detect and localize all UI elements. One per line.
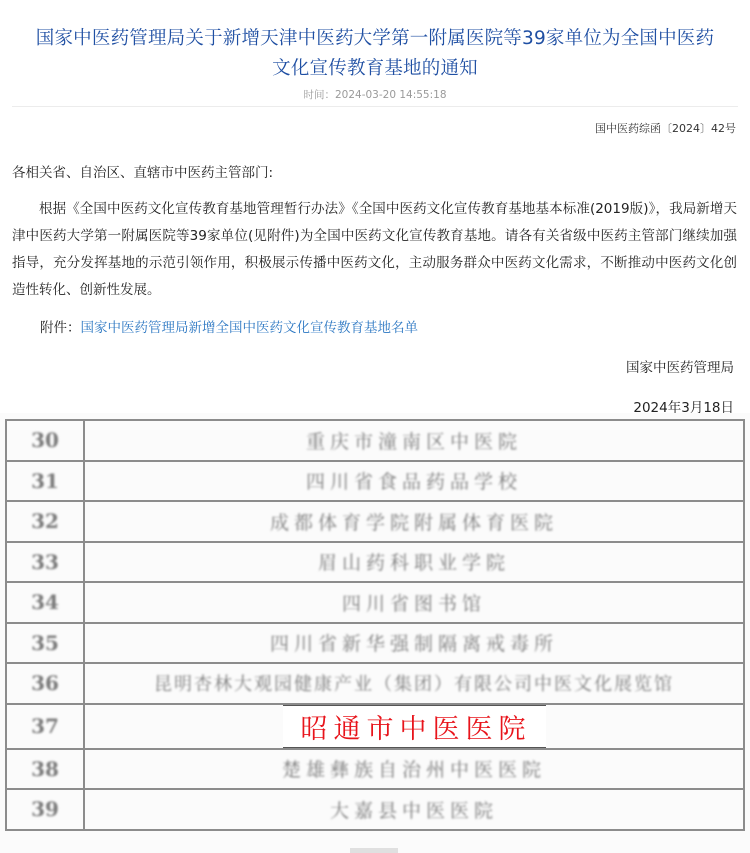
row-name: 四川省新华强制隔离戒毒所 [84, 623, 744, 664]
table-row: 31 四川省食品药品学校 [6, 461, 744, 502]
row-number: 31 [6, 461, 84, 502]
attachment-line: 附件：国家中医药管理局新增全国中医药文化宣传教育基地名单 [40, 316, 418, 336]
row-number: 38 [6, 749, 84, 790]
salutation: 各相关省、自治区、直辖市中医药主管部门: [12, 161, 273, 181]
table-row: 33 眉山药科职业学院 [6, 542, 744, 583]
base-list-table: 30 重庆市潼南区中医院 31 四川省食品药品学校 32 成都体育学院附属体育医… [5, 419, 745, 831]
table-row: 30 重庆市潼南区中医院 [6, 420, 744, 461]
publish-timestamp: 时间：2024-03-20 14:55:18 [0, 87, 750, 102]
row-number: 34 [6, 582, 84, 623]
table-row: 32 成都体育学院附属体育医院 [6, 501, 744, 542]
row-name: 眉山药科职业学院 [84, 542, 744, 583]
attachment-label: 附件： [40, 320, 81, 336]
table-row: 36 昆明杏林大观园健康产业（集团）有限公司中医文化展览馆 [6, 663, 744, 704]
row-name: 四川省图书馆 [84, 582, 744, 623]
row-number: 39 [6, 789, 84, 830]
row-number: 30 [6, 420, 84, 461]
document-number: 国中医药综函〔2024〕42号 [595, 120, 736, 136]
row-name: 大嘉县中医医院 [84, 789, 744, 830]
signer: 国家中医药管理局 [626, 356, 734, 376]
table-row: 38 楚雄彝族自治州中医医院 [6, 749, 744, 790]
header-divider [12, 106, 738, 107]
table-row: 35 四川省新华强制隔离戒毒所 [6, 623, 744, 664]
attachment-link[interactable]: 国家中医药管理局新增全国中医药文化宣传教育基地名单 [81, 320, 419, 336]
base-list-image: 30 重庆市潼南区中医院 31 四川省食品药品学校 32 成都体育学院附属体育医… [0, 413, 750, 853]
row-number: 32 [6, 501, 84, 542]
highlighted-name: 昭通市中医医院 [283, 705, 546, 748]
article-title: 国家中医药管理局关于新增天津中医药大学第一附属医院等39家单位为全国中医药 文化… [0, 24, 750, 84]
table-row-highlighted: 37 昭通市中医医院 [6, 704, 744, 749]
notice-article: 国家中医药管理局关于新增天津中医药大学第一附属医院等39家单位为全国中医药 文化… [0, 0, 750, 410]
row-name: 楚雄彝族自治州中医医院 [84, 749, 744, 790]
article-title-line1: 国家中医药管理局关于新增天津中医药大学第一附属医院等39家单位为全国中医药 [0, 24, 750, 54]
page-edge-fragment [350, 848, 398, 853]
row-number: 33 [6, 542, 84, 583]
table-row: 39 大嘉县中医医院 [6, 789, 744, 830]
table-row: 34 四川省图书馆 [6, 582, 744, 623]
row-name: 重庆市潼南区中医院 [84, 420, 744, 461]
row-name: 成都体育学院附属体育医院 [84, 501, 744, 542]
row-name-cell: 昭通市中医医院 [84, 704, 744, 749]
row-number: 36 [6, 663, 84, 704]
row-name: 四川省食品药品学校 [84, 461, 744, 502]
article-title-line2: 文化宣传教育基地的通知 [0, 54, 750, 84]
row-number: 35 [6, 623, 84, 664]
body-paragraph: 根据《全国中医药文化宣传教育基地管理暂行办法》《全国中医药文化宣传教育基地基本标… [12, 196, 737, 304]
row-name: 昆明杏林大观园健康产业（集团）有限公司中医文化展览馆 [84, 663, 744, 704]
row-number: 37 [6, 704, 84, 749]
